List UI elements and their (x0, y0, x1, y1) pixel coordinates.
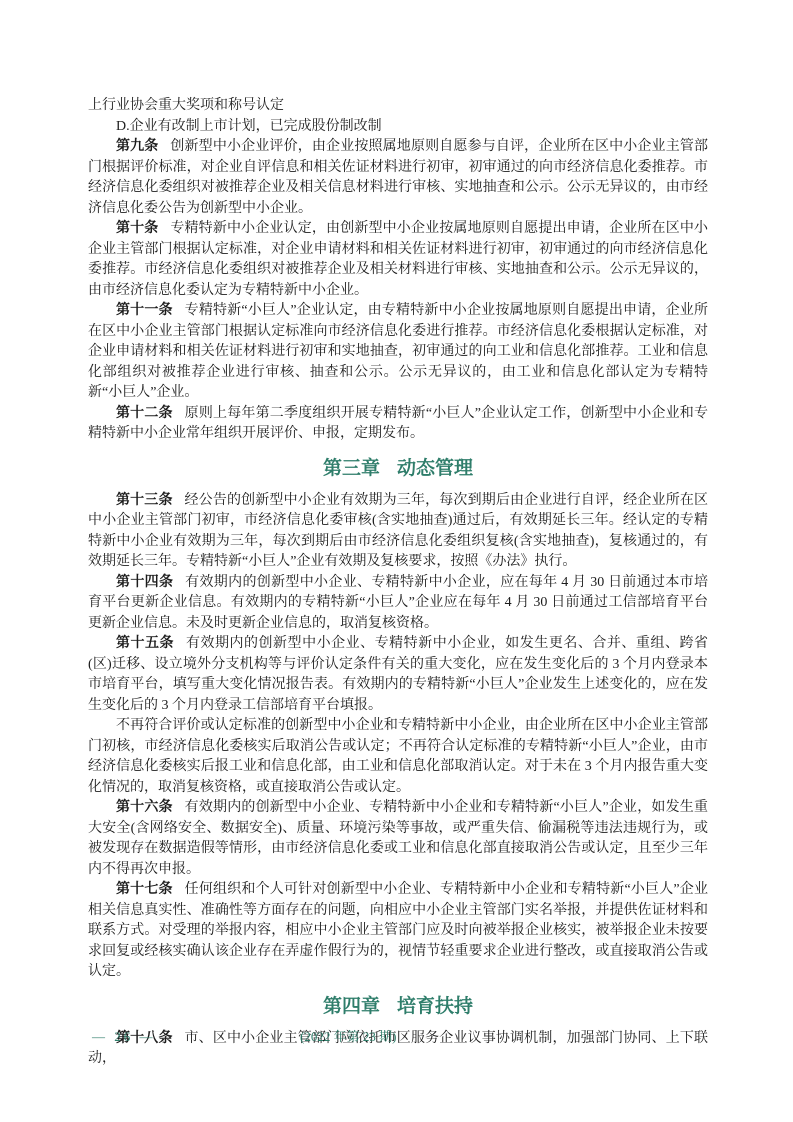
article-11-label: 第十一条 (116, 303, 173, 318)
article-16-label: 第十六条 (116, 800, 173, 815)
article-9-text: 创新型中小企业评价，由企业按照属地原则自愿参与自评，企业所在区中小企业主管部门根… (88, 139, 708, 216)
article-15-continuation: 不再符合评价或认定标准的创新型中小企业和专精特新中小企业，由企业所在区中小企业主… (88, 716, 708, 798)
article-16-text: 有效期内的创新型中小企业、专精特新中小企业和专精特新“小巨人”企业，如发生重大安… (88, 800, 708, 877)
article-14-text: 有效期内的创新型中小企业、专精特新中小企业，应在每年 4 月 30 日前通过本市… (88, 575, 708, 631)
article-14-label: 第十四条 (116, 575, 173, 590)
article-13: 第十三条经公告的创新型中小企业有效期为三年，每次到期后由企业进行自评，经企业所在… (88, 491, 708, 573)
article-17-label: 第十七条 (116, 882, 173, 897)
article-10-text: 专精特新中小企业认定，由创新型中小企业按属地原则自愿提出申请，企业所在区中小企业… (88, 221, 708, 298)
page-number: — 26 — (92, 1028, 156, 1046)
article-16: 第十六条有效期内的创新型中小企业、专精特新中小企业和专精特新“小巨人”企业，如发… (88, 798, 708, 880)
chapter-4-title: 培育扶持 (397, 996, 473, 1017)
article-12-label: 第十二条 (116, 406, 173, 421)
article-11: 第十一条专精特新“小巨人”企业认定，由专精特新中小企业按属地原则自愿提出申请，企… (88, 301, 708, 404)
article-13-text: 经公告的创新型中小企业有效期为三年，每次到期后由企业进行自评，经企业所在区中小企… (88, 493, 708, 570)
list-item-d: D.企业有改制上市计划，已完成股份制改制 (88, 117, 708, 138)
article-17: 第十七条任何组织和个人可针对创新型中小企业、专精特新中小企业和专精特新“小巨人”… (88, 880, 708, 983)
document-content: 上行业协会重大奖项和称号认定 D.企业有改制上市计划，已完成股份制改制 第九条创… (88, 96, 708, 1070)
document-page: 上行业协会重大奖项和称号认定 D.企业有改制上市计划，已完成股份制改制 第九条创… (0, 0, 793, 1122)
article-9-label: 第九条 (116, 139, 158, 154)
article-10-label: 第十条 (116, 221, 158, 236)
chapter-heading-4: 第四章培育扶持 (88, 993, 708, 1020)
chapter-4-number: 第四章 (323, 996, 380, 1017)
article-12: 第十二条原则上每年第二季度组织开展专精特新“小巨人”企业认定工作，创新型中小企业… (88, 404, 708, 445)
chapter-heading-3: 第三章动态管理 (88, 455, 708, 482)
article-14: 第十四条有效期内的创新型中小企业、专精特新中小企业，应在每年 4 月 30 日前… (88, 573, 708, 635)
article-13-label: 第十三条 (116, 493, 173, 508)
article-15-text: 有效期内的创新型中小企业、专精特新中小企业，如发生更名、合并、重组、跨省(区)迁… (88, 636, 708, 713)
article-17-text: 任何组织和个人可针对创新型中小企业、专精特新中小企业和专精特新“小巨人”企业相关… (88, 882, 708, 979)
article-15: 第十五条有效期内的创新型中小企业、专精特新中小企业，如发生更名、合并、重组、跨省… (88, 634, 708, 716)
article-15-label: 第十五条 (116, 636, 174, 651)
chapter-3-title: 动态管理 (397, 458, 473, 479)
article-15b-text: 不再符合评价或认定标准的创新型中小企业和专精特新中小企业，由企业所在区中小企业主… (88, 718, 708, 795)
article-10: 第十条专精特新中小企业认定，由创新型中小企业按属地原则自愿提出申请，企业所在区中… (88, 219, 708, 301)
article-11-text: 专精特新“小巨人”企业认定，由专精特新中小企业按属地原则自愿提出申请，企业所在区… (88, 303, 708, 400)
chapter-3-number: 第三章 (323, 458, 380, 479)
article-9: 第九条创新型中小企业评价，由企业按照属地原则自愿参与自评，企业所在区中小企业主管… (88, 137, 708, 219)
continuation-line: 上行业协会重大奖项和称号认定 (88, 96, 708, 117)
page-footer: — 26 — (2022 年第 23 期) (88, 1028, 708, 1048)
issue-label: (2022 年第 23 期) (300, 1028, 396, 1046)
article-12-text: 原则上每年第二季度组织开展专精特新“小巨人”企业认定工作，创新型中小企业和专精特… (88, 406, 708, 442)
